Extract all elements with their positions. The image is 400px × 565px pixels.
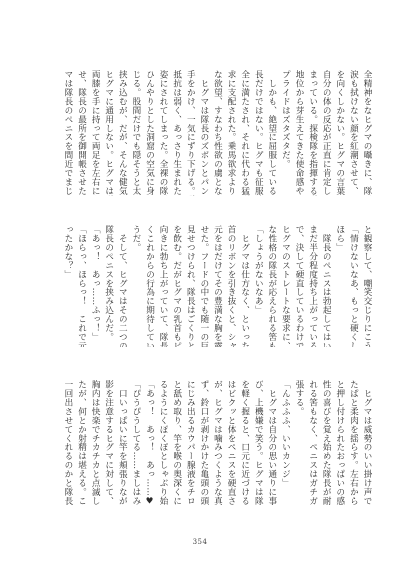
- text-column: ヒグマに通用しない。ヒグマは隊長の: [101, 70, 115, 196]
- text-column: と舐め取り、竿を喉の奥深くに押し付け: [169, 380, 183, 505]
- text-column: な性格の隊長が応えられる筈もない。: [264, 225, 278, 347]
- text-column: 影を注意するヒグマに対して、隊長の: [101, 380, 115, 505]
- text-column: 口いっぱいに竿を頬張りながら撮: [115, 380, 129, 505]
- text-column: を飲む。だがヒグマの乳首もピンと上: [169, 225, 183, 347]
- text-column: うだ。: [128, 225, 142, 347]
- text-column: しかも、絶望に屈服しているのは隊: [264, 70, 278, 196]
- text-column: 見せつけられ、隊長はごくりと生ツバ: [183, 225, 197, 347]
- text-column: はビクッと体をペニスを硬直させる: [223, 380, 237, 505]
- page-number: 354: [0, 538, 400, 546]
- text-column: そして、ヒグマはその二つの柔肉で、: [115, 225, 129, 347]
- text-tier-middle: と観察して、嘲笑交じりにこう呟く。 「情けないなあ、もっと硬くしてよ、 ほら」 …: [48, 225, 373, 347]
- text-column: マは隊長のペニスを間近でまじまじ: [60, 70, 74, 196]
- text-column: 涙も拭けない顔を紅潮させて、そっぽ: [346, 70, 360, 196]
- text-column: 一回出させてくれるのかと隊長は期: [60, 380, 74, 505]
- text-column: ヒグマは隊長のズボンとパンツに: [196, 70, 210, 196]
- text-column: 両膝を手に持って両足を左右に開か: [88, 70, 102, 196]
- text-column: 首のリボンを引き抜くと、シャツの胸: [223, 225, 237, 347]
- text-column: 自分の体の反応が正直に肯定してし: [319, 70, 333, 196]
- text-column: 胸内は快楽でチカチカと点滅してい: [88, 380, 102, 505]
- text-column: を向くしかない。ヒグマの言葉は全て、: [332, 70, 346, 196]
- text-column: 手をかけ、一気にずり下げる。隊長の: [183, 70, 197, 196]
- text-column: くこれからの行為に期待しているよ: [142, 225, 156, 347]
- text-column: 元をはだけてその豊満な胸を露出さ: [210, 225, 224, 347]
- text-column: ヒグマのストレートな要求に、弱虫的: [278, 225, 292, 347]
- text-column: たが、何とか射精は堪える。このまま: [74, 380, 88, 505]
- text-tier-top: 全精神をなヒグマの囁きに、隊長は 涙も拭けない顔を紅潮させて、そっぽ を向くしか…: [48, 70, 373, 196]
- text-column: ヒグマは自分の思い通りに事が運: [264, 380, 278, 505]
- text-column: プライドはズタズタだ。: [278, 70, 292, 196]
- text-column: 張する。: [291, 380, 305, 505]
- text-column: で、決して硬直しているわけではない。: [291, 225, 305, 347]
- text-column: 「んふふふ、いいカンジ」: [278, 380, 292, 505]
- text-column: 全精神をなヒグマの囁きに、隊長は: [359, 70, 373, 196]
- book-page: 全精神をなヒグマの囁きに、隊長は 涙も拭けない顔を紅潮させて、そっぽ を向くしか…: [0, 0, 400, 565]
- text-column: まっている。探検隊を指揮する隊長の: [305, 70, 319, 196]
- text-column: 「しょうがないなあ」: [251, 225, 265, 347]
- text-column: ヒグマは仕方なく、といった風情で: [237, 225, 251, 347]
- text-column: ったかな？」: [60, 225, 74, 347]
- text-column: れる筈もなく、ペニスはガチガチに怒: [305, 380, 319, 505]
- text-column: な欲望、すなわち性欲の虜となった。: [210, 70, 224, 196]
- text-column: たぱと柔肉を揺らす。左右からギュッ: [346, 380, 360, 505]
- text-column: 抵抗は弱く、あっさり生まれたままの: [169, 70, 183, 196]
- text-column: せた。フードの中でも随一の巨乳を: [196, 225, 210, 347]
- text-column: にじみ出るカウパー腺液をチロチロ: [183, 380, 197, 505]
- text-column: 地位から芽生えてきた使命感や、男の: [291, 70, 305, 196]
- text-column: ヒグマは威勢のいい掛け声で、たぱ: [359, 380, 373, 505]
- text-column: ほら」: [332, 225, 346, 347]
- text-column: ず、鈴口が剥けかけた亀頭の頭はから: [196, 380, 210, 505]
- text-column: を軽く握ると、口元に近づける。隊長: [237, 380, 251, 505]
- text-column: 隊長のペニスは勃起してはいるが、: [319, 225, 333, 347]
- text-column: 挟み込むが、だが、そんな健気な手段は: [115, 70, 129, 196]
- text-tier-bottom: ヒグマは威勢のいい掛け声で、たぱ たぱと柔肉を揺らす。左右からギュッ と押し付け…: [48, 380, 373, 505]
- text-column: じる。股間だけでも隠そうと太ももを: [128, 70, 142, 196]
- text-column: 隊長のペニスを挟み込んだ。: [101, 225, 115, 347]
- text-column: が、ヒグマは噛みつくような真似はせ: [210, 380, 224, 505]
- text-column: 長だけではない。ヒグマも征服欲を完: [251, 70, 265, 196]
- text-column: と押し付けられたおっぱいの感触に、: [332, 380, 346, 505]
- text-column: 全に満たされ、それに代わる猛烈な欲: [237, 70, 251, 196]
- text-column: まだ半分程度持ち上がっているだけ: [305, 225, 319, 347]
- text-column: 「ほらっ、ほらっ！ これで元気にな: [74, 225, 88, 347]
- text-column: るようにくぽくぽとしゃぶり始めた。: [156, 380, 170, 505]
- text-column: 向きに勃ち上がっていて、隊長と同じ: [156, 225, 170, 347]
- text-column: せ、隊長の最所を御開帳させた。ヒグ: [74, 70, 88, 196]
- text-column: 求に支配された。乗馬欲求よりも原始的: [223, 70, 237, 196]
- text-column: 「あっ！ あっ！ あっ……♥: [142, 380, 156, 505]
- text-column: 姿にされてしまった。全裸の隊長は、: [156, 70, 170, 196]
- text-column: 「情けないなあ、もっと硬くしてよ、: [346, 225, 360, 347]
- text-column: と観察して、嘲笑交じりにこう呟く。: [359, 225, 373, 347]
- text-column: ひんやりとした洞窟の空気に身をよ: [142, 70, 156, 196]
- text-column: 「ぴうぴうしてる……ましはみなよ」: [128, 380, 142, 505]
- text-column: 「あっ！ あっ……ふっ！」: [88, 225, 102, 347]
- text-column: 性の喜びを覚え始めた隊長が耐えら: [319, 380, 333, 505]
- text-column: び、上機嫌で笑う。ヒグマは隊長の竿: [251, 380, 265, 505]
